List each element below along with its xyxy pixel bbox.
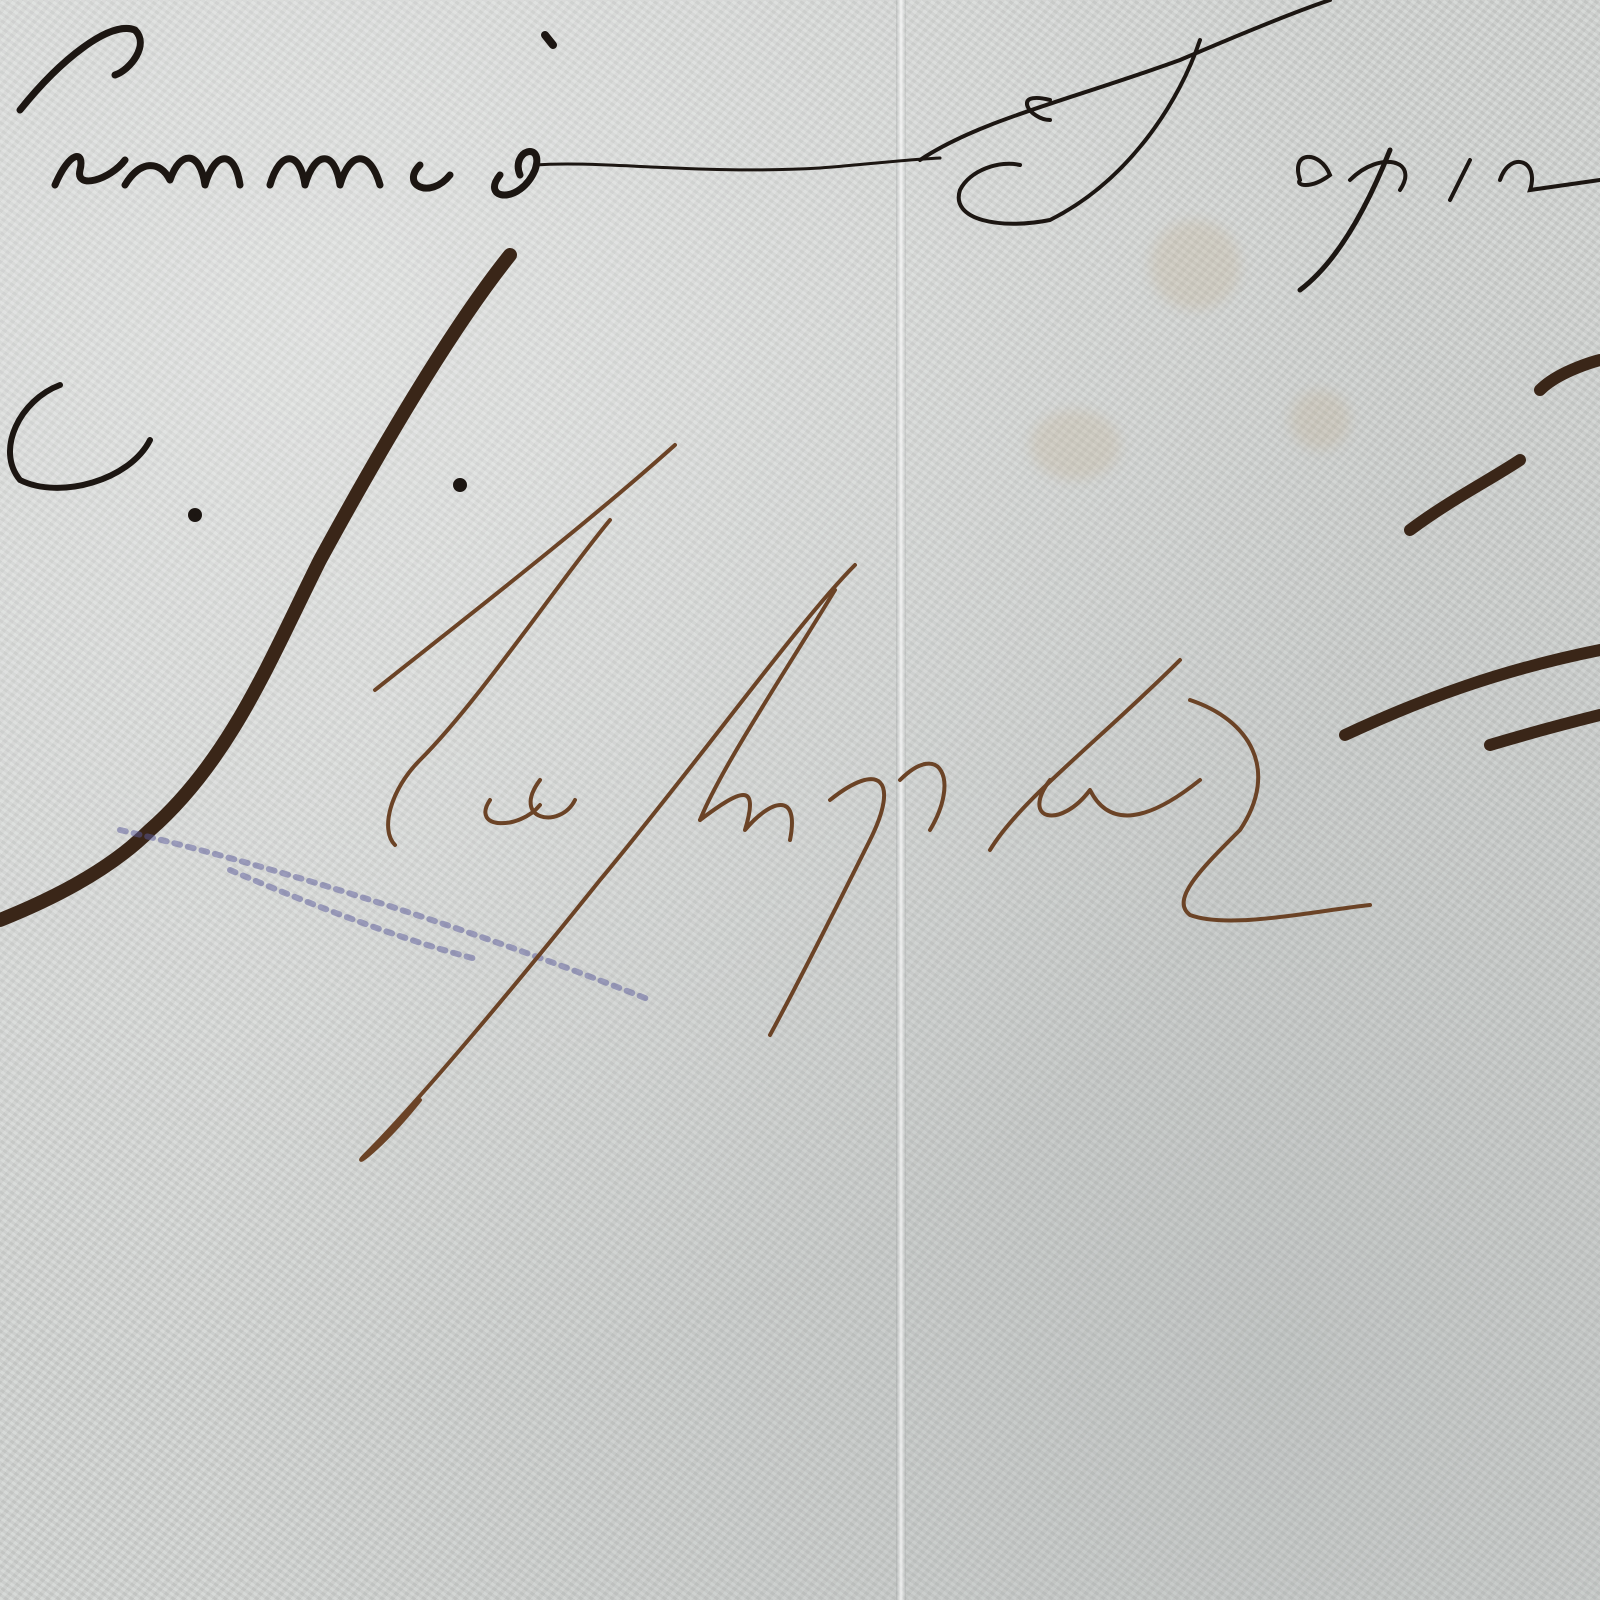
handwriting-layer [0, 0, 1600, 1600]
top-right-word [920, 0, 1600, 290]
margin-letter [10, 385, 464, 519]
manuscript-page: …ченно Септ… подпись (cursive signature) [0, 0, 1600, 1600]
top-left-word [20, 28, 940, 195]
right-edge-strokes [1345, 360, 1600, 745]
large-flourish-stroke [0, 255, 510, 920]
signature [361, 445, 1370, 1160]
